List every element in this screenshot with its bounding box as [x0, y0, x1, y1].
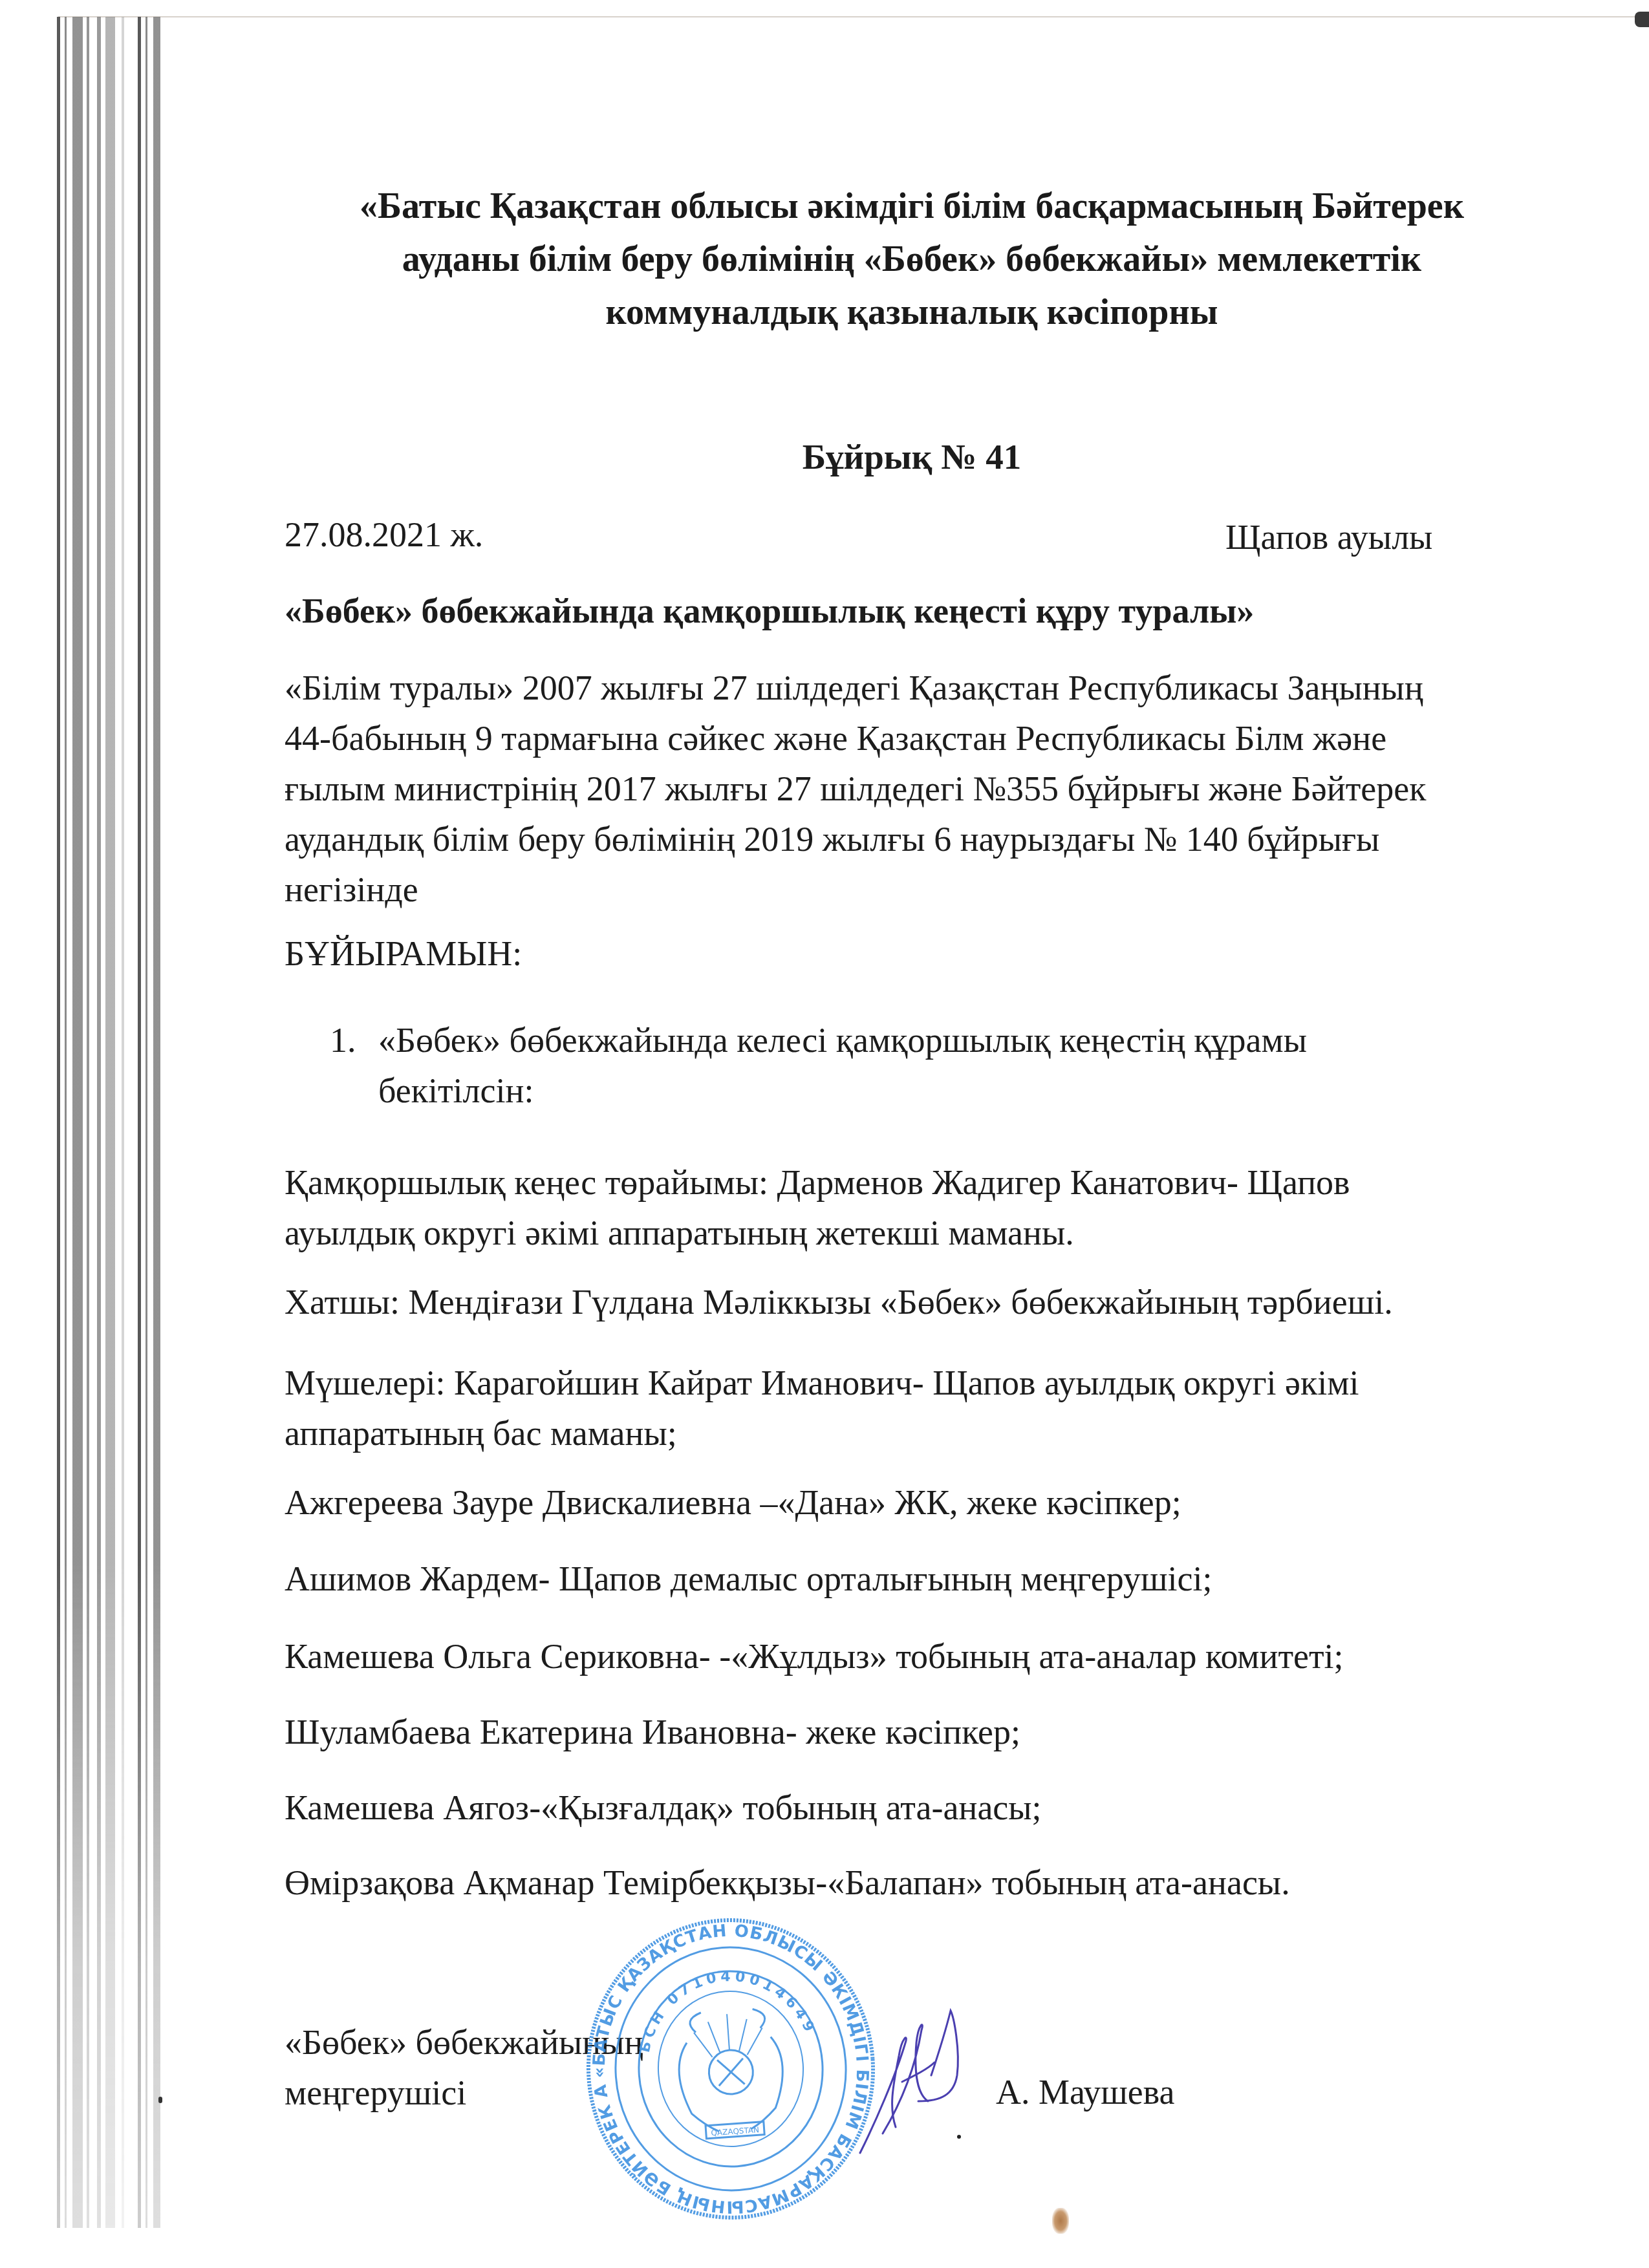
order-title: Бұйрық № 41	[285, 434, 1539, 480]
council-chair: Қамқоршылық кеңес төрайымы: Дарменов Жад…	[285, 1157, 1350, 1258]
council-member-line: Камешева Ольга Сериковна- -«Жұлдыз» тобы…	[285, 1631, 1344, 1682]
preamble-line: 44-бабының 9 тармағына сәйкес және Қазақ…	[285, 713, 1513, 764]
council-member: Ашимов Жардем- Щапов демалыс орталығының…	[285, 1554, 1212, 1604]
scan-artifact-corner	[1635, 12, 1649, 27]
council-chair-line: ауылдық округі әкімі аппаратының жетекші…	[285, 1208, 1350, 1258]
signature-scribble-icon	[857, 2004, 986, 2159]
council-member: Өмірзақова Ақманар Темірбекқызы-«Балапан…	[285, 1857, 1290, 1908]
item-text: «Бөбек» бөбекжайында келесі қамқоршылық …	[378, 1015, 1478, 1116]
order-date: 27.08.2021 ж.	[285, 512, 483, 557]
preamble-line: ғылым министрінің 2017 жылғы 27 шілдедег…	[285, 764, 1513, 814]
preamble-line: аудандық білім беру бөлімінің 2019 жылғы…	[285, 814, 1513, 864]
scan-smudge	[1052, 2208, 1069, 2234]
scan-speck	[158, 2097, 162, 2103]
council-member-line: Ашимов Жардем- Щапов демалыс орталығының…	[285, 1554, 1212, 1604]
order-place: Щапов ауылы	[1225, 515, 1432, 560]
council-chair-line: Қамқоршылық кеңес төрайымы: Дарменов Жад…	[285, 1157, 1350, 1208]
preamble-line: негізінде	[285, 864, 1513, 915]
order-subject: «Бөбек» бөбекжайында қамқоршылық кеңесті…	[285, 588, 1254, 634]
org-header-line: «Батыс Қазақстан облысы әкімдігі білім б…	[285, 180, 1539, 233]
council-secretary-line: Хатшы: Мендіғази Гүлдана Мәліккызы «Бөбе…	[285, 1277, 1393, 1327]
council-member-line: Камешева Аягоз-«Қызғалдақ» тобының ата-а…	[285, 1782, 1042, 1833]
scan-edge-top	[58, 16, 1649, 17]
org-header-line: коммуналдық қазыналық кәсіпорны	[285, 286, 1539, 339]
order-directive-heading: БҰЙЫРАМЫН:	[285, 931, 522, 976]
council-secretary: Хатшы: Мендіғази Гүлдана Мәліккызы «Бөбе…	[285, 1277, 1393, 1327]
official-stamp: «БАТЫС ҚАЗАҚСТАН ОБЛЫСЫ ӘКІМДІГІ БІЛІМ Б…	[575, 1907, 887, 2231]
organization-header: «Батыс Қазақстан облысы әкімдігі білім б…	[285, 180, 1539, 339]
council-member-line: Шуламбаева Екатерина Ивановна- жеке кәсі…	[285, 1707, 1020, 1757]
svg-text:БСН 071040014649: БСН 071040014649	[632, 1962, 820, 2055]
svg-text:«БАТЫС ҚАЗАҚСТАН ОБЛЫСЫ ӘКІМДІ: «БАТЫС ҚАЗАҚСТАН ОБЛЫСЫ ӘКІМДІГІ БІЛІМ Б…	[575, 1907, 881, 2227]
stamp-emblem-icon: «БАТЫС ҚАЗАҚСТАН ОБЛЫСЫ ӘКІМДІГІ БІЛІМ Б…	[575, 1907, 887, 2231]
signatory-name: А. Маушева	[996, 2067, 1175, 2117]
item-line: бекітілсін:	[378, 1065, 1478, 1116]
preamble: «Білім туралы» 2007 жылғы 27 шілдедегі Қ…	[285, 663, 1513, 915]
council-member-line: Мүшелері: Карагойшин Кайрат Иманович- Ща…	[285, 1358, 1359, 1408]
org-header-line: ауданы білім беру бөлімінің «Бөбек» бөбе…	[285, 233, 1539, 286]
council-member: Камешева Ольга Сериковна- -«Жұлдыз» тобы…	[285, 1631, 1344, 1682]
item-number: 1.	[330, 1015, 356, 1065]
council-member: Ажгереева Зауре Двискалиевна –«Дана» ЖК,…	[285, 1477, 1181, 1528]
council-member-line: Өмірзақова Ақманар Темірбекқызы-«Балапан…	[285, 1857, 1290, 1908]
council-member-line: Ажгереева Зауре Двискалиевна –«Дана» ЖК,…	[285, 1477, 1181, 1528]
preamble-line: «Білім туралы» 2007 жылғы 27 шілдедегі Қ…	[285, 663, 1513, 713]
item-line: «Бөбек» бөбекжайында келесі қамқоршылық …	[378, 1015, 1478, 1065]
council-member: Шуламбаева Екатерина Ивановна- жеке кәсі…	[285, 1707, 1020, 1757]
scan-edge-left-streaks	[57, 17, 160, 2228]
council-member: Мүшелері: Карагойшин Кайрат Иманович- Ща…	[285, 1358, 1359, 1459]
council-member: Камешева Аягоз-«Қызғалдақ» тобының ата-а…	[285, 1782, 1042, 1833]
council-member-line: аппаратының бас маманы;	[285, 1408, 1359, 1459]
handwritten-signature	[857, 2004, 986, 2159]
